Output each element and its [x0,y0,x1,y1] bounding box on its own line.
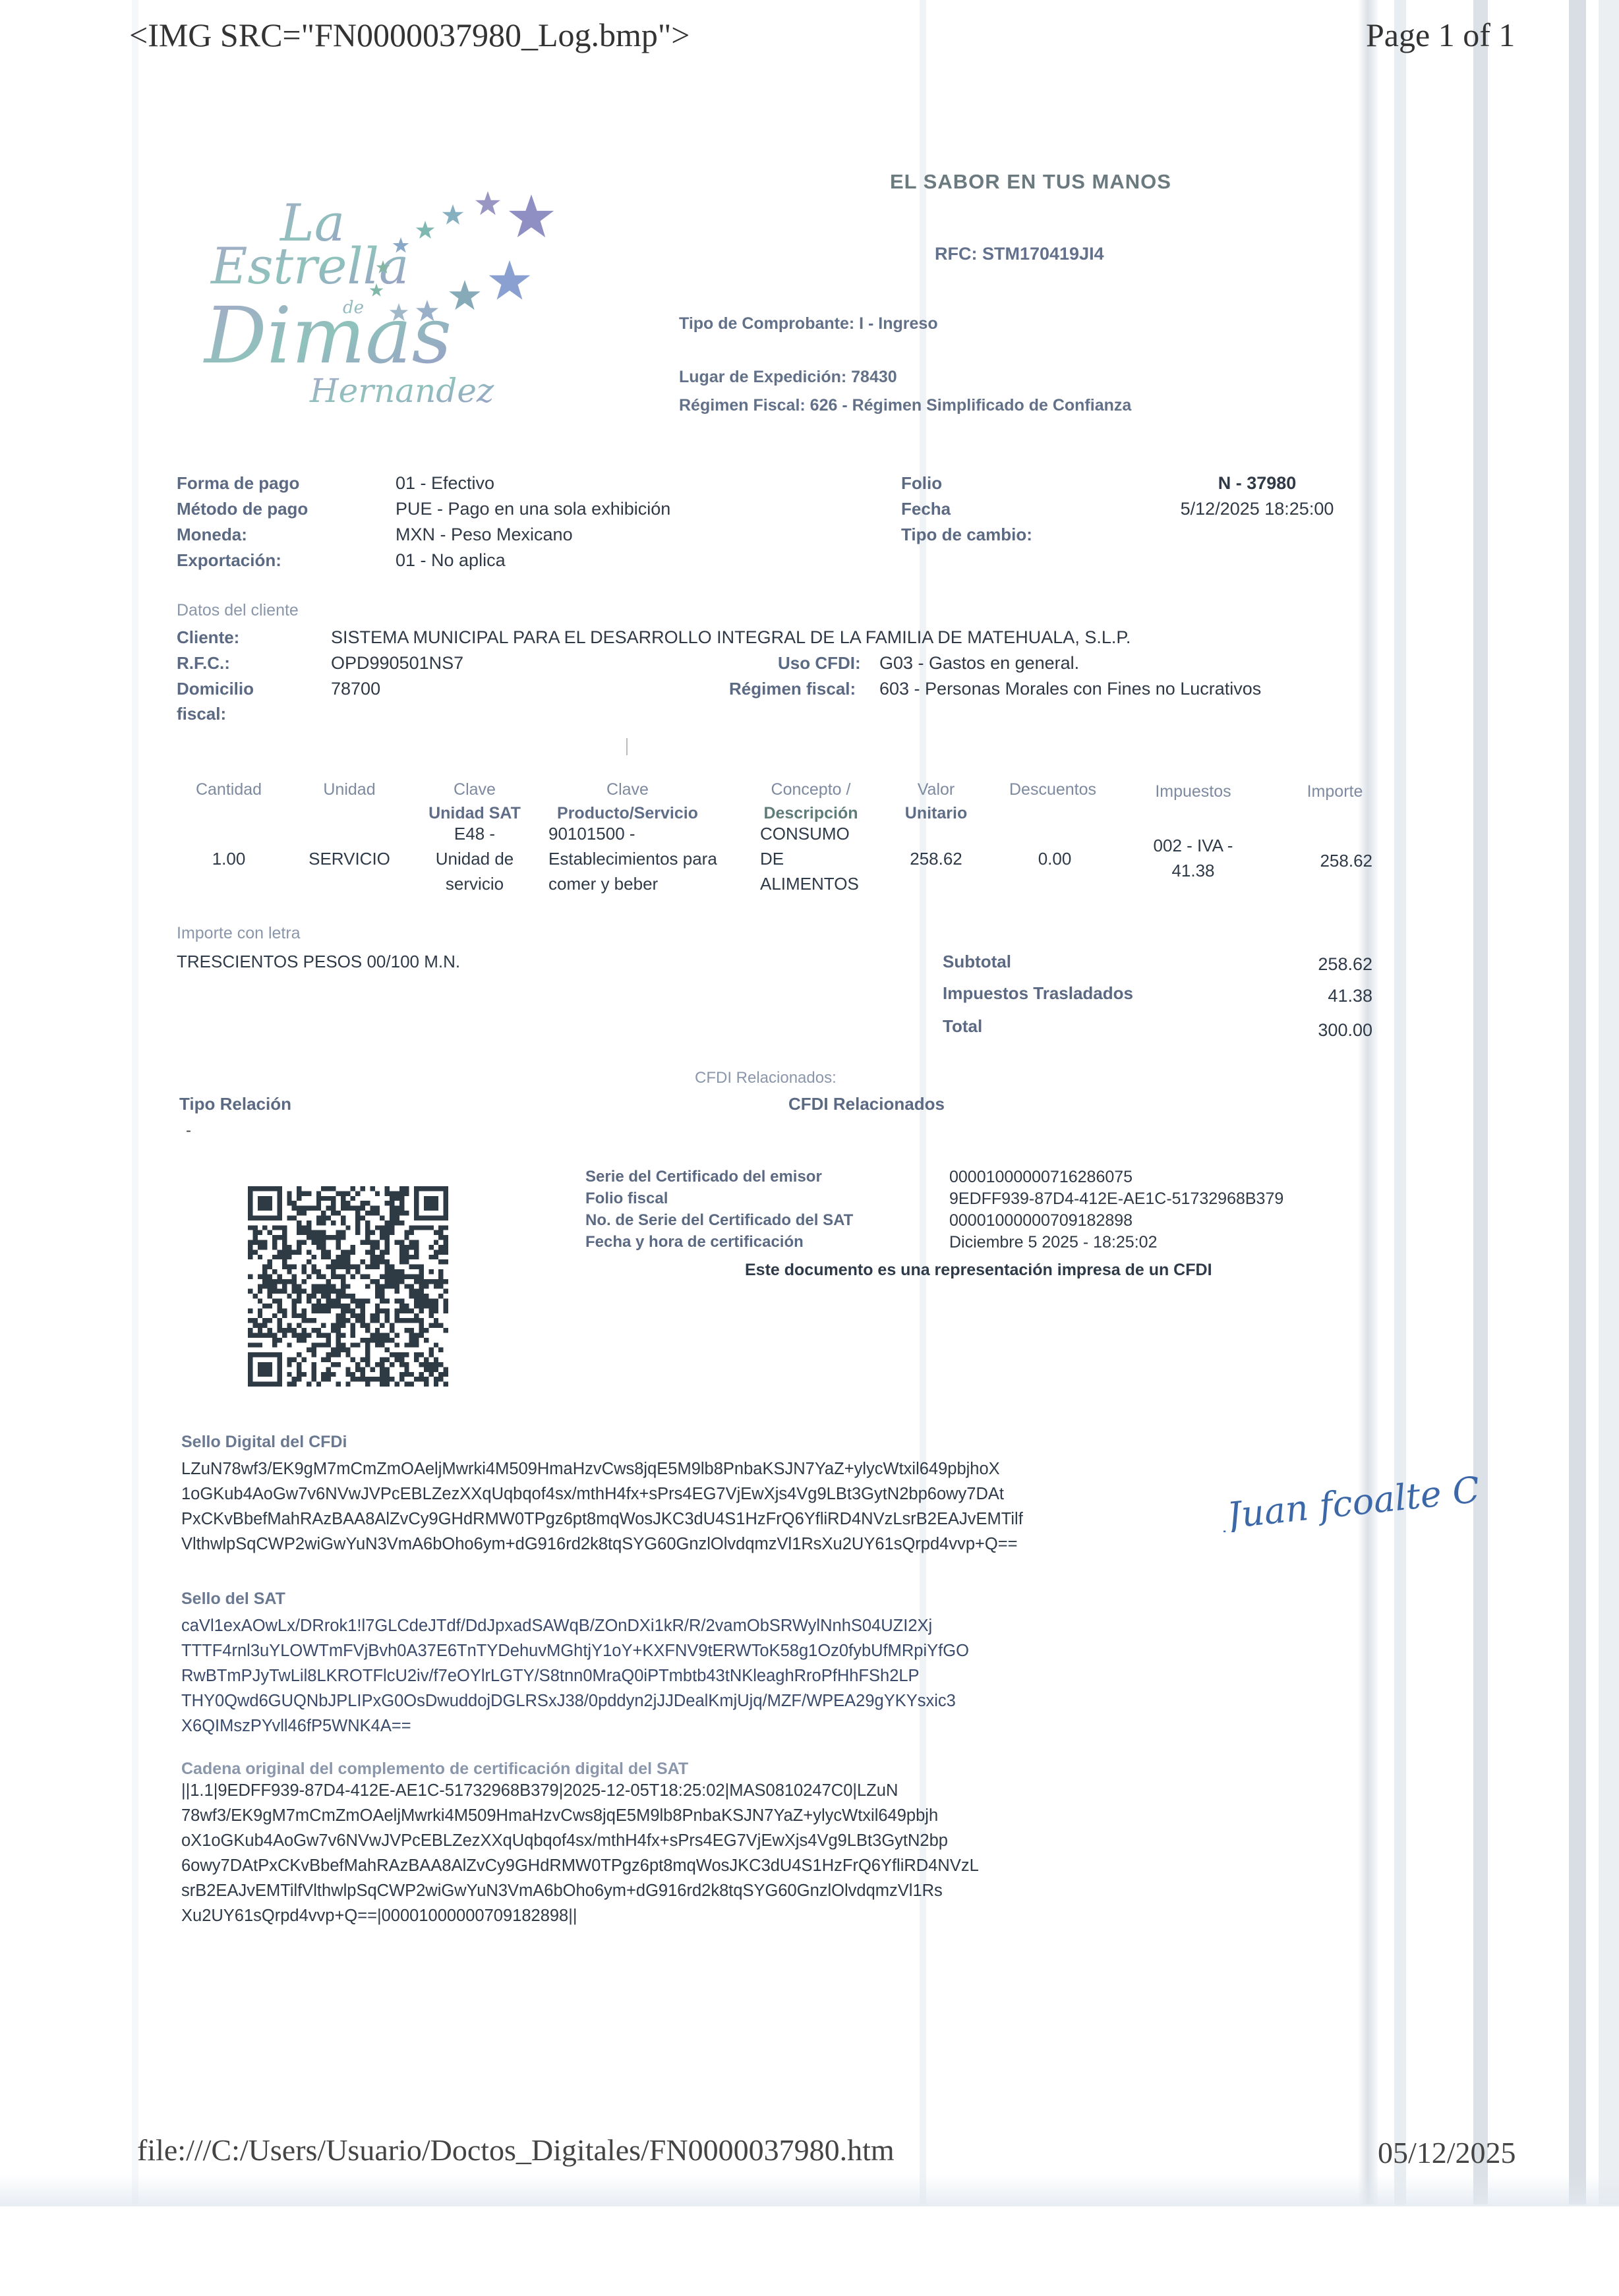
cell-descripcion: CONSUMO DE ALIMENTOS [760,821,872,896]
tipo-cambio-label: Tipo de cambio: [901,525,1138,545]
moneda-value: MXN - Peso Mexicano [396,525,765,545]
cell-valor-unitario: 258.62 [893,846,979,871]
comprobante-info: Folio N - 37980 Fecha 5/12/2025 18:25:00… [901,473,1376,545]
col-descuentos: Descuentos [997,778,1109,801]
scan-stripe [1394,0,1406,2204]
cliente-regimen-value: 603 - Personas Morales con Fines no Lucr… [879,679,1261,699]
fecha-value: 5/12/2025 18:25:00 [1138,499,1376,519]
print-footer-date: 05/12/2025 [1378,2135,1516,2170]
folio-label: Folio [901,473,1138,494]
sello-sat-title: Sello del SAT [181,1590,285,1609]
signature-icon: Juan fcoalte C [1213,1460,1490,1532]
emisor-rfc: RFC: STM170419JI4 [935,244,1104,264]
total-label: Total [943,1016,982,1037]
uso-cfdi-value: G03 - Gastos en general. [879,653,1079,674]
total-value: 300.00 [1318,1020,1372,1041]
lugar-expedicion: Lugar de Expedición: 78430 [679,368,897,387]
handwritten-signature: Juan fcoalte C [1213,1460,1490,1532]
print-header-image-tag: <IMG SRC="FN0000037980_Log.bmp"> [129,16,690,54]
tipo-relacion-value: - [186,1122,191,1140]
cliente-label: Cliente: [177,627,239,647]
domicilio-label: Domicilio [177,679,254,699]
col-unidad: Unidad [310,778,389,801]
cell-clave-producto: 90101500 - Establecimientos para comer y… [548,821,740,896]
impuestos-trasladados-label: Impuestos Trasladados [943,983,1133,1004]
col-clave-producto: ClaveProducto/Servicio [542,778,713,825]
cliente-rfc-label: R.F.C.: [177,653,230,674]
cliente-regimen-label: Régimen fiscal: [729,679,856,699]
scan-bottom-band [0,2175,1619,2206]
subtotal-label: Subtotal [943,952,1011,972]
serie-cert-sat-label: No. de Serie del Certificado del SAT [585,1211,949,1230]
sello-cfdi-title: Sello Digital del CFDi [181,1433,347,1452]
page-indicator: Page 1 of 1 [1366,16,1515,54]
serie-cert-emisor-label: Serie del Certificado del emisor [585,1168,949,1187]
cell-descuentos: 0.00 [1009,846,1101,871]
logo-graphic: La Estrella de Dimas Hernandez [198,171,633,422]
uso-cfdi-label: Uso CFDI: [778,653,861,674]
domicilio-value: 78700 [331,679,380,699]
domicilio-label-fiscal: fiscal: [177,704,226,724]
serie-cert-sat-value: 00001000000709182898 [949,1211,1292,1230]
scan-stripe [1473,0,1488,2204]
tipo-relacion-label: Tipo Relación [179,1094,291,1114]
exportacion-label: Exportación: [177,550,396,571]
tipo-comprobante: Tipo de Comprobante: I - Ingreso [679,314,938,333]
qr-code-icon [245,1186,451,1387]
qr-code [245,1186,451,1387]
sello-cfdi-value: LZuN78wf3/EK9gM7mCmZmOAeljMwrki4M509HmaH… [181,1456,1104,1557]
scan-stripe [1599,0,1619,2204]
cliente-value: SISTEMA MUNICIPAL PARA EL DESARROLLO INT… [331,627,1131,648]
metodo-pago-label: Método de pago [177,499,396,519]
forma-pago-value: 01 - Efectivo [396,473,765,494]
fecha-certificacion-value: Diciembre 5 2025 - 18:25:02 [949,1233,1292,1252]
cfdi-representation-note: Este documento es una representación imp… [745,1261,1212,1280]
metodo-pago-value: PUE - Pago en una sola exhibición [396,499,765,519]
scan-stripe [1569,0,1586,2204]
col-clave-unidad: ClaveUnidad SAT [422,778,527,825]
folio-value: N - 37980 [1138,473,1376,494]
payment-info: Forma de pago 01 - Efectivo Método de pa… [177,473,765,571]
folio-fiscal-value: 9EDFF939-87D4-412E-AE1C-51732968B379 [949,1190,1292,1209]
forma-pago-label: Forma de pago [177,473,396,494]
scan-stripe [132,0,138,2204]
impuestos-trasladados-value: 41.38 [1328,986,1372,1006]
print-footer-path: file:///C:/Users/Usuario/Doctos_Digitale… [137,2133,895,2167]
emisor-regimen-fiscal: Régimen Fiscal: 626 - Régimen Simplifica… [679,396,1131,415]
cadena-original-title: Cadena original del complemento de certi… [181,1760,688,1779]
cadena-original-value: ||1.1|9EDFF939-87D4-412E-AE1C-51732968B3… [181,1778,1104,1928]
importe-letra-title: Importe con letra [177,924,301,943]
col-impuestos: Impuestos [1137,780,1249,803]
cfdi-relacionados-title: CFDI Relacionados: [695,1069,837,1087]
cliente-rfc-value: OPD990501NS7 [331,653,463,674]
sello-sat-value: caVl1exAOwLx/DRrok1!l7GLCdeJTdf/DdJpxadS… [181,1613,1104,1738]
fecha-label: Fecha [901,499,1138,519]
cfdi-relacionados-label: CFDI Relacionados [788,1094,945,1114]
scan-stripe [1358,0,1378,2204]
fecha-certificacion-label: Fecha y hora de certificación [585,1233,949,1252]
logo-text-dimas: Dimas [203,290,452,381]
cell-cantidad: 1.00 [179,846,278,871]
cell-impuestos: 002 - IVA - 41.38 [1137,833,1249,883]
subtotal-value: 258.62 [1318,954,1372,975]
importe-letra-value: TRESCIENTOS PESOS 00/100 M.N. [177,952,460,972]
cell-clave-unidad: E48 - Unidad de servicio [422,821,527,896]
svg-text:Juan fcoalte C: Juan fcoalte C [1218,1469,1481,1532]
company-slogan: EL SABOR EN TUS MANOS [890,170,1171,194]
certification-info: Serie del Certificado del emisor 0000100… [585,1168,1292,1252]
col-descripcion: Concepto /Descripción [755,778,867,825]
col-valor-unitario: ValorUnitario [893,778,979,825]
company-logo: La Estrella de Dimas Hernandez [198,171,633,422]
folio-fiscal-label: Folio fiscal [585,1190,949,1209]
col-importe: Importe [1292,780,1378,803]
exportacion-value: 01 - No aplica [396,550,765,571]
moneda-label: Moneda: [177,525,396,545]
scan-mark [626,738,628,755]
serie-cert-emisor-value: 00001000000716286075 [949,1168,1292,1187]
col-cantidad: Cantidad [179,778,278,801]
cell-unidad: SERVICIO [303,846,396,871]
datos-cliente-title: Datos del cliente [177,601,299,620]
tipo-cambio-value [1138,525,1376,545]
cell-importe: 258.62 [1292,848,1372,873]
logo-text-hernandez: Hernandez [309,372,494,410]
